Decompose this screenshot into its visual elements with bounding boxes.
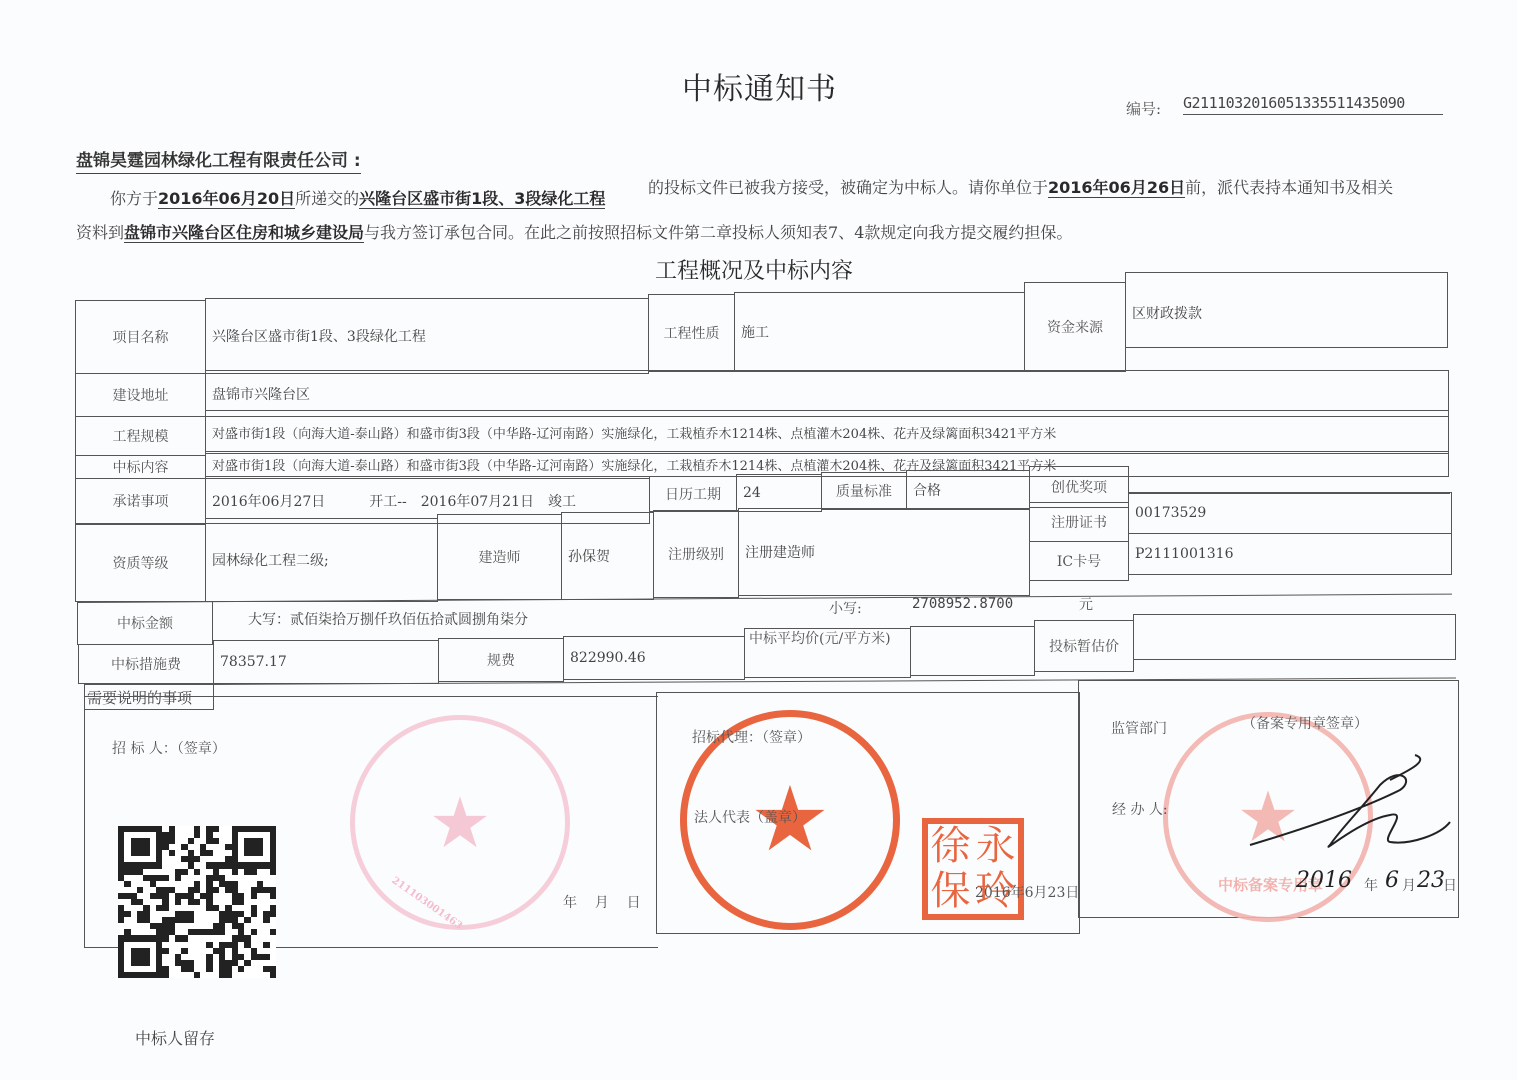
address-label: 建设地址: [75, 373, 206, 417]
seal-char: 永: [973, 824, 1018, 869]
scale-label: 工程规模: [75, 416, 206, 456]
reg-level-value: 注册建造师: [738, 508, 1030, 596]
commitment-label: 承诺事项: [75, 478, 206, 524]
supervisor-date-month: 6: [1385, 868, 1399, 893]
supervisor-date-y: 年: [1364, 875, 1378, 895]
seal-char: 保: [928, 869, 973, 914]
agent-sign-label: 招标代理：（签章）: [692, 727, 811, 747]
measure-fee-value: 78357.17: [213, 640, 439, 684]
supervisor-date-day: 日: [1443, 875, 1457, 895]
text: 前，派代表持本通知书及相关: [1185, 178, 1393, 197]
tenderer-date: 年 月 日: [563, 892, 641, 912]
star-icon: ★: [429, 788, 492, 858]
builder-label: 建造师: [437, 514, 562, 600]
avg-price-value: [910, 626, 1035, 676]
project-name-label: 项目名称: [75, 300, 206, 374]
ic-label: IC卡号: [1029, 541, 1129, 581]
agent-date: 2016年6月23日: [975, 882, 1079, 902]
regulation-fee-value: 822990.46: [563, 636, 745, 680]
text: 的投标文件已被我方接受，被确定为中标人。请你单位于: [648, 178, 1048, 197]
amount-label: 中标金额: [77, 601, 213, 645]
supervisor-label: 监管部门: [1111, 718, 1167, 738]
estimate-label: 投标暂估价: [1034, 620, 1134, 672]
reg-cert-value: 00173529: [1128, 492, 1452, 534]
qualification-value: 园林绿化工程二级;: [205, 518, 438, 602]
amount-lower-label: 小写:: [829, 598, 862, 618]
seal-char: 徐: [928, 824, 973, 869]
reg-cert-label: 注册证书: [1029, 502, 1129, 542]
fund-source-value: 区财政拨款: [1125, 272, 1448, 348]
award-value: [1128, 462, 1450, 494]
serial-label: 编号:: [1126, 98, 1161, 119]
regulation-fee-label: 规费: [438, 638, 564, 682]
addressee: 盘锦昊霆园林绿化工程有限责任公司 :: [76, 146, 361, 174]
notice-paragraph-line1b: 的投标文件已被我方接受，被确定为中标人。请你单位于2016年06月26日前，派代…: [648, 175, 1393, 198]
office-name: 盘锦市兴隆台区住房和城乡建设局: [124, 223, 364, 243]
end-word: 竣工: [548, 491, 576, 511]
text: 所递交的: [295, 189, 359, 208]
legal-rep-label: 法人代表（盖章）: [694, 807, 806, 827]
text: 你方于: [110, 189, 158, 208]
quality-label: 质量标准: [821, 472, 907, 510]
end-date: 2016年07月21日: [421, 491, 534, 511]
handwritten-signature: [1240, 750, 1460, 860]
bid-date: 2016年06月20日: [158, 189, 295, 209]
copy-note: 中标人留存: [135, 1026, 215, 1049]
nature-value: 施工: [734, 292, 1025, 372]
supervisor-date-year: 2016: [1296, 868, 1352, 893]
amount-unit: 元: [1079, 594, 1093, 614]
deadline-date: 2016年06月26日: [1048, 178, 1185, 198]
content-label: 中标内容: [75, 455, 206, 479]
handler-label: 经 办 人:: [1112, 799, 1168, 819]
amount-lower: 2708952.8700: [912, 596, 1013, 612]
text: 与我方签订承包合同。在此之前按照招标文件第二章投标人须知表7、4款规定向我方提交…: [364, 223, 1072, 242]
scale-value: 对盛市街1段（向海大道-泰山路）和盛市街3段（中华路-辽河南路）实施绿化，工栽植…: [205, 410, 1449, 454]
document-title: 中标通知书: [682, 64, 837, 108]
project-name-value: 兴隆台区盛市街1段、3段绿化工程: [205, 298, 649, 374]
builder-value: 孙保贺: [561, 512, 654, 600]
measure-fee-label: 中标措施费: [78, 644, 214, 684]
supervisor-date-day-num: 23: [1417, 868, 1445, 893]
reg-level-label: 注册级别: [653, 510, 739, 598]
quality-value: 合格: [906, 470, 1030, 510]
text: 资料到: [76, 223, 124, 242]
start-word: 开工--: [369, 491, 406, 511]
tenderer-sign-label: 招 标 人：（签章）: [112, 738, 226, 758]
fund-source-label: 资金来源: [1024, 282, 1126, 372]
tenderer-stamp: ★ 211103001463: [350, 715, 570, 930]
personal-seal: 徐 永 保 玲: [922, 818, 1024, 920]
qualification-label: 资质等级: [75, 524, 206, 602]
duration-label: 日历工期: [649, 476, 737, 512]
notice-paragraph-line1a: 你方于2016年06月20日所递交的兴隆台区盛市街1段、3段绿化工程: [110, 186, 605, 209]
start-date: 2016年06月27日: [212, 491, 325, 511]
avg-price-label: 中标平均价(元/平方米): [744, 628, 911, 678]
nature-label: 工程性质: [648, 294, 735, 372]
notice-paragraph-line2: 资料到盘锦市兴隆台区住房和城乡建设局与我方签订承包合同。在此之前按照招标文件第二…: [76, 220, 1072, 243]
estimate-value: [1133, 614, 1456, 660]
supervisor-date-mo: 月: [1402, 875, 1416, 895]
ic-value: P2111001316: [1128, 533, 1452, 575]
duration-value: 24: [736, 474, 822, 512]
supervisor-seal-label: （备案专用章签章）: [1242, 713, 1368, 733]
serial-number: G21110320160513355114350​90: [1183, 94, 1443, 115]
qr-code: [118, 826, 276, 978]
project-name-inline: 兴隆台区盛市街1段、3段绿化工程: [359, 189, 605, 209]
section-title: 工程概况及中标内容: [655, 254, 853, 285]
